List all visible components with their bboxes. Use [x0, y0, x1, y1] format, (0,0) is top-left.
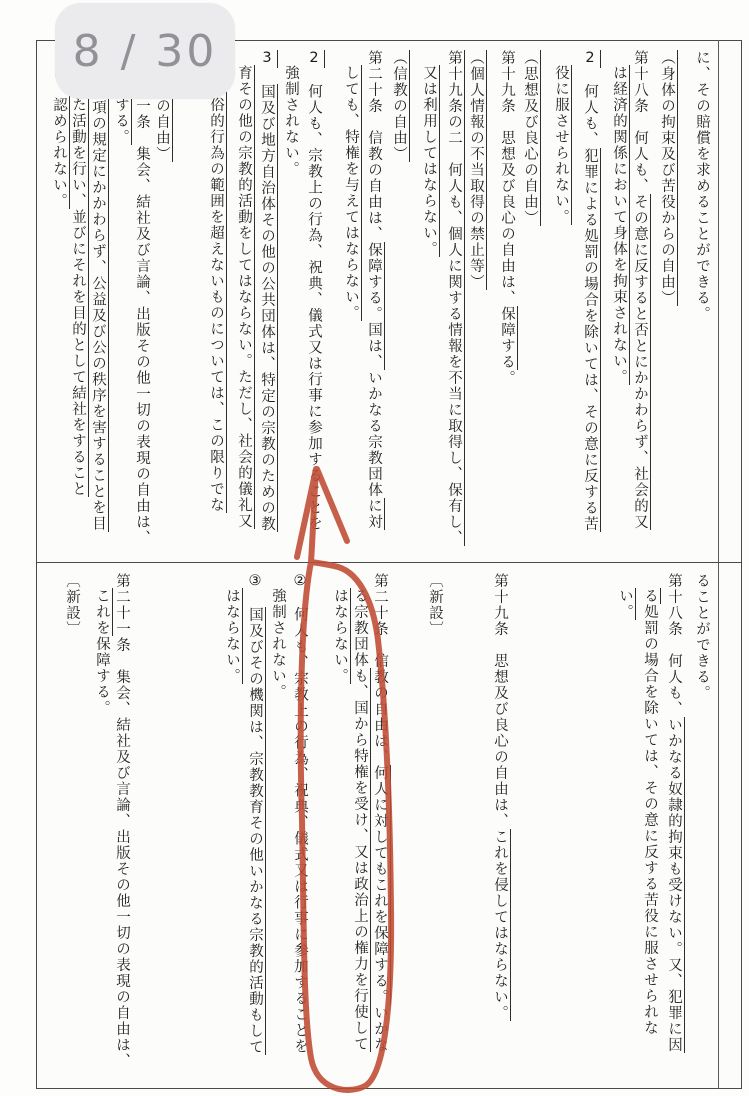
revision-sideline-text: 国及び地方自治体その他の公共団体は、特定の宗教のための教	[259, 84, 278, 532]
revision-sideline-text: 2	[306, 50, 325, 68]
revision-sideline-text: 役に服させられない。	[553, 65, 572, 225]
revision-sideline-text: は経済的関係において身体を拘束されない。	[611, 65, 630, 385]
text-column: とした活動を行い、並びにそれを目的として結社をすること	[70, 50, 85, 556]
text-column: は習俗的行為の範囲を超えないものについては、この限りでな	[208, 50, 223, 556]
text-column: （信教の自由）	[391, 50, 406, 556]
revision-sideline-text: これを侵してはならない。	[492, 829, 511, 1021]
revision-sideline-text: （信教の自由）	[391, 50, 410, 162]
text-column: 2 何人も、宗教上の行為、祝典、儀式又は行事に参加することを	[306, 50, 321, 556]
upper-text-section: に、その賠償を求めることができる。（身体の拘束及び苦役からの自由）第十八条 何人…	[38, 42, 717, 560]
page-indicator-label: 8 / 30	[73, 26, 218, 77]
text-column: 第二十一条 集会、結社及び言論、出版その他一切の表現の自由は、	[134, 50, 149, 556]
revision-sideline-text: これを	[94, 588, 113, 636]
document-viewer: { "viewer": { "page_indicator": "8 / 30"…	[0, 0, 749, 1096]
revision-sideline-text: 2 前項の規定にかかわらず、公益及び公の秩序を害することを目	[90, 50, 109, 532]
revision-sideline-text: 2	[582, 50, 601, 68]
text-column: る宗教団体も、国から特権を受け、又は政治上の権力を行使して	[352, 573, 367, 1082]
text-column: 第十八条 何人も、その意に反すると否とにかかわらず、社会的又	[632, 50, 647, 556]
text-column: 第十九条 思想及び良心の自由は、これを侵してはならない。	[492, 573, 507, 1082]
text-column: 3 国及び地方自治体その他の公共団体は、特定の宗教のための教	[259, 50, 274, 556]
revision-sideline-text: とした活動を行い、並びにそれを目的として結社をすること	[70, 65, 89, 497]
text-column: はならない。	[224, 573, 239, 1082]
revision-sideline-text: は習俗的行為の範囲を超えないものについては、この限りでな	[208, 65, 227, 513]
text-column: 2 前項の規定にかかわらず、公益及び公の秩序を害することを目	[90, 50, 105, 556]
text-column: 又は利用してはならない。	[421, 50, 436, 556]
table-inner-border	[718, 40, 719, 1089]
revision-sideline-text: （思想及び良心の自由）	[522, 50, 541, 226]
text-column: 役に服させられない。	[553, 50, 568, 556]
text-column: 保障する。	[113, 50, 128, 556]
revision-sideline-text: （個人情報の不当取得の禁止等）	[468, 50, 487, 290]
revision-sideline-text: いかなる奴隷的拘束も受けない。又、犯罪に因	[666, 717, 685, 1053]
revision-sideline-text: 国及びその機関は、宗教教育その他いかなる宗教的活動もして	[247, 607, 266, 1055]
revision-sideline-text: 国は、	[366, 322, 385, 370]
text-column: これを保障する。	[94, 573, 109, 1082]
text-column: しても、特権を与えてはならない。	[343, 50, 358, 556]
revision-sideline-text: に対	[366, 498, 385, 530]
text-column: 第二十条 信教の自由は、保障する。国は、いかなる宗教団体に対	[366, 50, 381, 556]
text-column: ③ 国及びその機関は、宗教教育その他いかなる宗教的活動もして	[247, 573, 262, 1082]
lower-text-section: ることができる。第十八条 何人も、いかなる奴隷的拘束も受けない。又、犯罪に因る処…	[38, 565, 717, 1086]
text-column: は、認められない。	[51, 50, 66, 556]
text-column: 〔新設〕	[64, 573, 79, 1082]
text-column: 第二十一条 集会、結社及び言論、出版その他一切の表現の自由は、	[114, 573, 129, 1082]
revision-sideline-text: はならない。	[332, 588, 351, 684]
text-column: 第十八条 何人も、いかなる奴隷的拘束も受けない。又、犯罪に因	[666, 573, 681, 1082]
text-column: ることができる。	[694, 573, 709, 1082]
revision-sideline-text: も、国から特権を受け、又は政治上の権力を行使して	[352, 668, 371, 1052]
revision-sideline-text: る	[642, 588, 661, 604]
page-indicator: 8 / 30	[55, 3, 235, 99]
text-column: 第十九条の二 何人も、個人に関する情報を不当に取得し、保有し、	[446, 50, 461, 556]
revision-sideline-text: 第十九条の二 何人も、個人に関する情報を不当に取得し、保有し、	[446, 50, 465, 546]
revision-sideline-text: 又は利用してはならない。	[421, 65, 440, 257]
text-column: 〔新設〕	[427, 573, 442, 1082]
text-column: る処罰の場合を除いては、その意に反する苦役に服させられな	[642, 573, 657, 1082]
text-column: は経済的関係において身体を拘束されない。	[611, 50, 626, 556]
revision-sideline-text: はならない。	[224, 588, 243, 684]
text-column: 第十九条 思想及び良心の自由は、保障する。	[499, 50, 514, 556]
revision-sideline-text: い。	[617, 588, 636, 620]
revision-sideline-text: 犯罪による処罰の場合を除いては、その意に反する苦	[582, 148, 601, 532]
text-column: （思想及び良心の自由）	[522, 50, 537, 556]
revision-sideline-text: （身体の拘束及び苦役からの自由）	[659, 50, 678, 306]
text-column: 強制されない。	[283, 50, 298, 556]
text-column: （個人情報の不当取得の禁止等）	[468, 50, 483, 556]
text-column: い。	[617, 573, 632, 1082]
text-column: に、その賠償を求めることができる。	[694, 50, 709, 556]
text-column: はならない。	[332, 573, 347, 1082]
revision-sideline-text: 保障する	[499, 306, 518, 370]
text-column: ② 何人も、宗教上の行為、祝典、儀式又は行事に参加することを	[292, 573, 307, 1082]
text-column: 第二十条 信教の自由は、何人に対してもこれを保障する。いかな	[372, 573, 387, 1082]
text-column: 強制されない。	[270, 573, 285, 1082]
text-column: 2 何人も、犯罪による処罰の場合を除いては、その意に反する苦	[582, 50, 597, 556]
text-column: 育その他の宗教的活動をしてはならない。ただし、社会的儀礼又	[236, 50, 251, 556]
revision-sideline-text: 3	[259, 50, 278, 68]
text-column: （身体の拘束及び苦役からの自由）	[659, 50, 674, 556]
revision-sideline-text: その意に反すると否とにかかわらず、社会的又	[632, 194, 651, 530]
revision-sideline-text: 保障する。	[366, 242, 385, 322]
text-column: い。	[183, 50, 198, 556]
table-row-divider	[36, 562, 742, 563]
revision-sideline-text: 育その他の宗教的活動をしてはならない。ただし、社会的儀礼又	[236, 65, 255, 529]
revision-sideline-text: しても、特権を与えてはならない。	[343, 65, 362, 321]
revision-sideline-text: 何人に対してもこれを保障する。	[372, 765, 391, 1005]
text-column: （表現の自由）	[154, 50, 169, 556]
